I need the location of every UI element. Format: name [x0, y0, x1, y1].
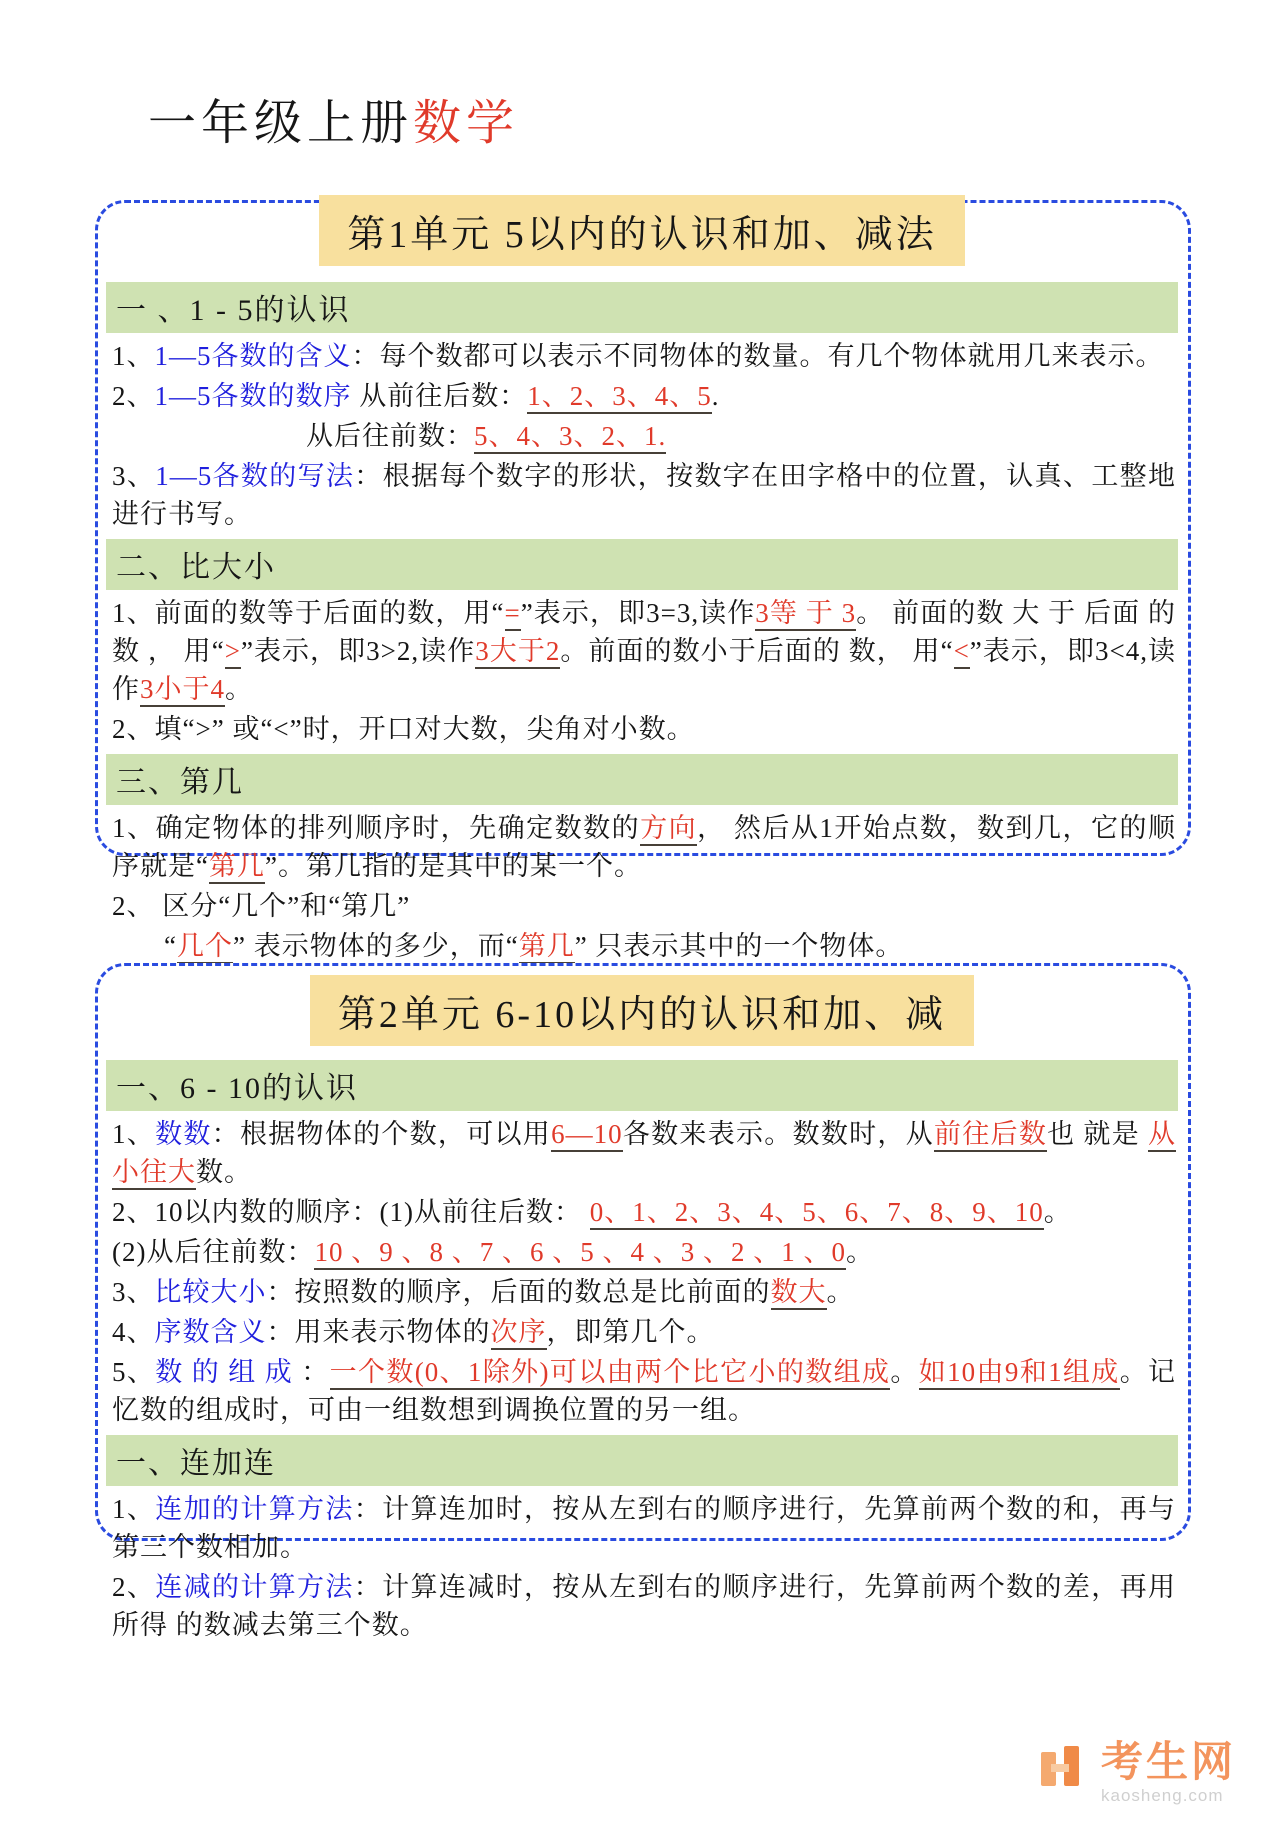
paragraph: 2、 区分“几个”和“第几”	[106, 886, 1178, 926]
text-segment: 1、前面的数等于后面的数，用“	[112, 598, 505, 628]
keyword-blue: 序数含义	[155, 1317, 267, 1347]
keyword-blue: 1—5各数的含义	[155, 341, 352, 371]
page-title: 一年级上册数学	[148, 84, 519, 153]
text-segment: 。	[1044, 1197, 1072, 1227]
text-segment: 2、填“>” 或“<”时，开口对大数，尖角对小数。	[112, 714, 695, 744]
text-segment: “	[164, 931, 177, 961]
paragraph: (2)从后往前数：10 、9 、8 、7 、6 、5 、4 、3 、2 、1 、…	[106, 1232, 1178, 1272]
term-red-underlined: 方向	[640, 813, 697, 846]
term-red-underlined: 6—10	[551, 1119, 623, 1152]
section-header: 一、连加连	[106, 1435, 1178, 1486]
text-segment: 3、	[112, 461, 155, 491]
text-segment: .	[712, 381, 720, 411]
text-segment: ” 表示物体的多少，而“	[233, 931, 519, 961]
text-segment: ：根据物体的个数，可以用	[212, 1119, 551, 1149]
term-red-underlined: >	[225, 636, 241, 669]
term-red-underlined: <	[954, 636, 970, 669]
term-red-underlined: 第几	[519, 931, 575, 964]
watermark-site-name: 考生网	[1101, 1740, 1236, 1784]
term-red-underlined: =	[505, 598, 521, 631]
section-header: 三、第几	[106, 754, 1178, 805]
term-red-underlined: 0、1、2、3、4、5、6、7、8、9、10	[590, 1197, 1044, 1230]
text-segment: ，即第几个。	[547, 1317, 715, 1347]
term-red-underlined: 一个数(0、1除外)可以由两个比它小的数组成	[330, 1357, 891, 1390]
page-title-subject: 数学	[413, 97, 519, 150]
unit1-content: 一 、1 - 5的认识1、1—5各数的含义：每个数都可以表示不同物体的数量。有几…	[106, 282, 1178, 966]
text-segment: 4、	[112, 1317, 155, 1347]
text-segment: 从前往后数：	[352, 381, 528, 411]
term-red-underlined: 如10由9和1组成	[919, 1357, 1120, 1390]
term-red-underlined: 3大于2	[475, 636, 560, 669]
document-page: 一年级上册数学 第1单元 5以内的认识和加、减法 一 、1 - 5的认识1、1—…	[0, 0, 1288, 1822]
text-segment: 。	[225, 674, 253, 704]
text-segment: ”。第几指的是其中的某一个。	[265, 851, 642, 881]
section-header: 二、比大小	[106, 539, 1178, 590]
watermark-text: 考生网 kaosheng.com	[1101, 1740, 1236, 1806]
text-segment: 。	[846, 1237, 874, 1267]
keyword-blue: 比较大小	[155, 1277, 267, 1307]
term-red-underlined: 前往后数	[934, 1119, 1047, 1152]
term-red-underlined: 10 、9 、8 、7 、6 、5 、4 、3 、2 、1 、0	[314, 1237, 846, 1270]
term-red-underlined: 1、2、3、4、5	[527, 381, 712, 414]
text-segment: 2、	[112, 1572, 155, 1602]
kaosheng-logo-icon	[1037, 1740, 1089, 1792]
unit2-title: 第2单元 6-10以内的认识和加、减	[310, 975, 974, 1046]
section-header: 一、6 - 10的认识	[106, 1060, 1178, 1111]
term-red-underlined: 5、4、3、2、1.	[474, 421, 666, 454]
section-header: 一 、1 - 5的认识	[106, 282, 1178, 333]
keyword-blue: 数 的 组 成	[155, 1357, 293, 1387]
text-segment: 也 就是	[1047, 1119, 1148, 1149]
keyword-blue: 1—5各数的写法	[155, 461, 354, 491]
text-segment: 2、 区分“几个”和“第几”	[112, 891, 410, 921]
paragraph: 1、前面的数等于后面的数，用“=”表示，即3=3,读作3等 于 3。 前面的数 …	[106, 593, 1178, 709]
unit2-content: 一、6 - 10的认识1、数数：根据物体的个数，可以用6—10各数来表示。数数时…	[106, 1060, 1178, 1645]
text-segment: 3、	[112, 1277, 155, 1307]
paragraph: 1、确定物体的排列顺序时，先确定数数的方向， 然后从1开始点数，数到几，它的顺序…	[106, 808, 1178, 886]
paragraph: 2、连减的计算方法：计算连减时，按从左到右的顺序进行，先算前两个数的差，再用所得…	[106, 1567, 1178, 1645]
text-segment: 。	[827, 1277, 855, 1307]
keyword-blue: 数数	[155, 1119, 212, 1149]
term-red-underlined: 次序	[491, 1317, 547, 1350]
paragraph: 2、10以内数的顺序：(1)从前往后数： 0、1、2、3、4、5、6、7、8、9…	[106, 1192, 1178, 1232]
paragraph: 4、序数含义：用来表示物体的次序，即第几个。	[106, 1312, 1178, 1352]
watermark: 考生网 kaosheng.com	[1037, 1740, 1236, 1806]
keyword-blue: 连减的计算方法	[155, 1572, 354, 1602]
term-red-underlined: 数大	[771, 1277, 827, 1310]
keyword-blue: 连加的计算方法	[155, 1494, 354, 1524]
paragraph: 2、填“>” 或“<”时，开口对大数，尖角对小数。	[106, 709, 1178, 749]
paragraph: 1、1—5各数的含义：每个数都可以表示不同物体的数量。有几个物体就用几来表示。	[106, 336, 1178, 376]
unit1-title: 第1单元 5以内的认识和加、减法	[319, 195, 965, 266]
term-red-underlined: 3等 于 3	[755, 598, 856, 631]
unit2-box: 第2单元 6-10以内的认识和加、减 一、6 - 10的认识1、数数：根据物体的…	[95, 963, 1191, 1541]
paragraph: “几个” 表示物体的多少，而“第几” 只表示其中的一个物体。	[106, 926, 1178, 966]
text-segment: 2、	[112, 381, 155, 411]
term-red-underlined: 3小于4	[140, 674, 225, 707]
text-segment: 1、	[112, 1119, 155, 1149]
watermark-domain: kaosheng.com	[1101, 1786, 1236, 1806]
paragraph: 1、连加的计算方法：计算连加时，按从左到右的顺序进行，先算前两个数的和，再与第三…	[106, 1489, 1178, 1567]
text-segment: ：每个数都可以表示不同物体的数量。有几个物体就用几来表示。	[352, 341, 1164, 371]
keyword-blue: 1—5各数的数序	[155, 381, 352, 411]
text-segment: 。前面的数小于后面的 数， 用“	[560, 636, 953, 666]
text-segment: ”表示，即3=3,读作	[521, 598, 756, 628]
paragraph: 5、数 的 组 成 ：一个数(0、1除外)可以由两个比它小的数组成。如10由9和…	[106, 1352, 1178, 1430]
text-segment: 各数来表示。数数时，从	[623, 1119, 934, 1149]
text-segment: 1、	[112, 341, 155, 371]
paragraph: 1、数数：根据物体的个数，可以用6—10各数来表示。数数时，从前往后数也 就是 …	[106, 1114, 1178, 1192]
text-segment: 1、确定物体的排列顺序时，先确定数数的	[112, 813, 640, 843]
paragraph: 3、比较大小：按照数的顺序，后面的数总是比前面的数大。	[106, 1272, 1178, 1312]
paragraph: 2、1—5各数的数序 从前往后数：1、2、3、4、5.	[106, 376, 1178, 416]
text-segment: 5、	[112, 1357, 155, 1387]
text-segment: ” 只表示其中的一个物体。	[575, 931, 904, 961]
text-segment: ：	[293, 1357, 330, 1387]
text-segment: ：用来表示物体的	[267, 1317, 491, 1347]
page-title-main: 一年级上册	[148, 97, 413, 150]
text-segment: (2)从后往前数：	[112, 1237, 314, 1267]
text-segment: 。	[890, 1357, 918, 1387]
text-segment: 数。	[196, 1157, 252, 1187]
paragraph: 从后往前数：5、4、3、2、1.	[106, 416, 1178, 456]
text-segment: 2、10以内数的顺序：(1)从前往后数：	[112, 1197, 590, 1227]
text-segment: ：按照数的顺序，后面的数总是比前面的	[267, 1277, 771, 1307]
unit1-box: 第1单元 5以内的认识和加、减法 一 、1 - 5的认识1、1—5各数的含义：每…	[95, 200, 1191, 856]
term-red-underlined: 几个	[177, 931, 233, 964]
text-segment: 1、	[112, 1494, 155, 1524]
text-segment: 从后往前数：	[306, 421, 474, 451]
paragraph: 3、1—5各数的写法：根据每个数字的形状，按数字在田字格中的位置，认真、工整地进…	[106, 456, 1178, 534]
term-red-underlined: 第几	[209, 851, 265, 884]
text-segment: ”表示，即3>2,读作	[241, 636, 475, 666]
